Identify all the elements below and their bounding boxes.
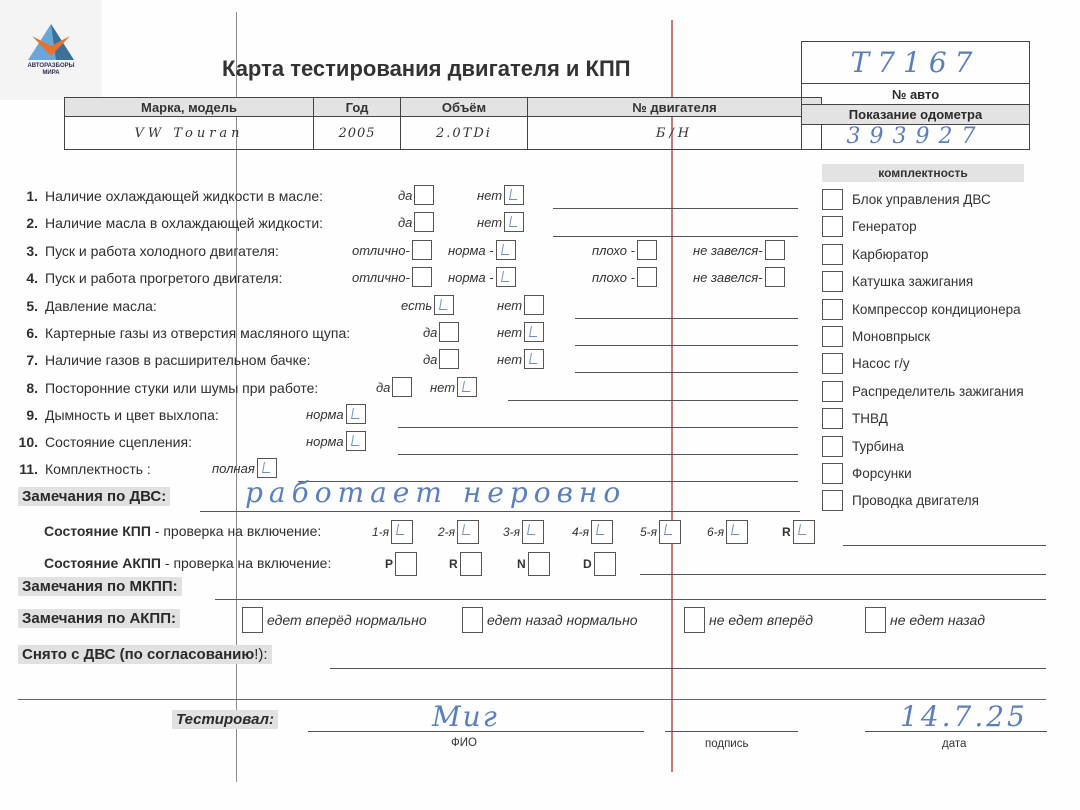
completeness-item-label: Проводка двигателя [852, 493, 979, 508]
logo-text-line2: МИРА [0, 70, 102, 77]
section-divider [18, 699, 1046, 700]
check-2-option[interactable]: да [398, 212, 434, 232]
option-checkbox[interactable] [524, 349, 544, 369]
option-label: плохо - [592, 243, 635, 258]
check-5-notes-line[interactable] [575, 318, 798, 319]
akpp-position-option[interactable]: R [449, 552, 482, 576]
signature-line[interactable] [665, 731, 798, 732]
akpp-state-notes-line[interactable] [640, 574, 1046, 575]
option-checkbox[interactable] [504, 212, 524, 232]
option-label: норма - [448, 270, 494, 285]
position-label: P [385, 557, 393, 571]
option-label: норма - [448, 243, 494, 258]
option-checkbox[interactable] [504, 185, 524, 205]
check-3-option[interactable]: не завелся- [693, 240, 785, 260]
check-1-label: 1.Наличие охлаждающей жидкости в масле: [14, 188, 323, 204]
check-4-option[interactable]: отлично- [352, 267, 432, 287]
kpp-gear-option[interactable]: 5-я [640, 520, 681, 544]
completeness-item-label: Катушка зажигания [852, 274, 973, 289]
check-8-label: 8.Посторонние стуки или шумы при работе: [14, 380, 318, 396]
completeness-item-label: Моновпрыск [852, 329, 930, 344]
check-4-option[interactable]: плохо - [592, 267, 657, 287]
option-checkbox[interactable] [765, 240, 785, 260]
akpp-remark-option[interactable]: не едет вперёд [684, 607, 813, 633]
completeness-item-label: Генератор [852, 219, 917, 234]
check-8-option[interactable]: да [376, 377, 412, 397]
engine-remarks-label: Замечания по ДВС: [18, 487, 170, 506]
position-checkbox[interactable] [395, 552, 417, 576]
completeness-item-label: Турбина [852, 439, 904, 454]
option-checkbox[interactable] [524, 295, 544, 315]
completeness-item[interactable]: Распределитель зажигания [822, 381, 1024, 402]
completeness-checkbox[interactable] [822, 490, 843, 511]
option-checkbox[interactable] [439, 349, 459, 369]
check-3-option[interactable]: отлично- [352, 240, 432, 260]
gear-label: 1-я [372, 525, 389, 539]
check-9-notes-line[interactable] [398, 427, 798, 428]
gear-checkbox[interactable] [522, 520, 544, 544]
check-2-option[interactable]: нет [477, 212, 524, 232]
option-label: да [423, 352, 437, 367]
gear-label: 5-я [640, 525, 657, 539]
col-header-model: Марка, модель [65, 98, 314, 117]
option-label: не завелся- [693, 270, 763, 285]
check-11-label: 11.Комплектность : [14, 461, 151, 477]
model-field[interactable]: VW Touran [65, 117, 314, 150]
auto-number-field[interactable]: T7167 [802, 46, 1029, 79]
option-label: плохо - [592, 270, 635, 285]
check-2-label: 2.Наличие масла в охлаждающей жидкости: [14, 215, 323, 231]
check-5-label: 5.Давление масла: [14, 298, 157, 314]
completeness-item[interactable]: Турбина [822, 436, 904, 457]
gear-label: 4-я [572, 525, 589, 539]
gear-checkbox[interactable] [391, 520, 413, 544]
check-2-notes-line[interactable] [553, 236, 798, 237]
completeness-item[interactable]: Генератор [822, 216, 917, 237]
engine-remarks-line [200, 511, 800, 512]
completeness-checkbox[interactable] [822, 271, 843, 292]
engine-number-field[interactable]: Б/Н [528, 117, 822, 150]
option-checkbox[interactable] [496, 267, 516, 287]
signature-caption: подпись [705, 738, 748, 750]
kpp-gear-option[interactable]: 6-я [707, 520, 748, 544]
completeness-item[interactable]: Форсунки [822, 463, 912, 484]
position-checkbox[interactable] [528, 552, 550, 576]
completeness-checkbox[interactable] [822, 326, 843, 347]
akpp-position-option[interactable]: D [583, 552, 616, 576]
completeness-item-label: Компрессор кондиционера [852, 302, 1021, 317]
completeness-item[interactable]: Блок управления ДВС [822, 189, 991, 210]
gear-checkbox[interactable] [659, 520, 681, 544]
option-label: да [398, 215, 412, 230]
position-label: D [583, 557, 592, 571]
tested-label: Тестировал: [172, 710, 278, 729]
page-title: Карта тестирования двигателя и КПП [222, 56, 631, 82]
option-checkbox[interactable] [496, 240, 516, 260]
option-label: нет [497, 298, 522, 313]
option-label: нет [430, 380, 455, 395]
tester-name-field[interactable]: Миг [432, 700, 499, 733]
col-header-volume: Объём [401, 98, 528, 117]
completeness-item[interactable]: Катушка зажигания [822, 271, 973, 292]
check-4-option[interactable]: не завелся- [693, 267, 785, 287]
option-checkbox[interactable] [257, 458, 277, 478]
option-checkbox[interactable] [637, 240, 657, 260]
completeness-checkbox[interactable] [822, 408, 843, 429]
option-checkbox[interactable] [524, 322, 544, 342]
completeness-item[interactable]: Карбюратор [822, 244, 929, 265]
engine-remarks-field[interactable]: работает неровно [245, 476, 626, 509]
check-1-notes-line[interactable] [553, 208, 798, 209]
kpp-notes-line[interactable] [843, 545, 1046, 546]
option-label: отлично- [352, 243, 410, 258]
check-9-option[interactable]: норма [306, 404, 366, 424]
gear-label: 3-я [503, 525, 520, 539]
col-header-engine-number: № двигателя [528, 98, 822, 117]
check-5-option[interactable]: нет [497, 295, 544, 315]
option-checkbox[interactable] [457, 377, 477, 397]
mkpp-remarks-line[interactable] [215, 599, 1046, 600]
option-label: да [376, 380, 390, 395]
check-10-notes-line[interactable] [398, 454, 798, 455]
option-label: норма [306, 434, 344, 449]
option-checkbox[interactable] [346, 431, 366, 451]
option-label: да [423, 325, 437, 340]
check-6-notes-line[interactable] [575, 345, 798, 346]
completeness-checkbox[interactable] [822, 436, 843, 457]
completeness-item[interactable]: Моновпрыск [822, 326, 930, 347]
kpp-gear-option[interactable]: 1-я [372, 520, 413, 544]
completeness-item-label: Насос г/у [852, 356, 910, 371]
akpp-remark-checkbox[interactable] [242, 607, 263, 633]
completeness-item-label: Распределитель зажигания [852, 384, 1024, 399]
akpp-remark-checkbox[interactable] [865, 607, 886, 633]
check-11-option[interactable]: полная [212, 458, 277, 478]
position-checkbox[interactable] [594, 552, 616, 576]
akpp-remark-label: едет назад нормально [487, 612, 638, 628]
akpp-remarks-label: Замечания по АКПП: [18, 609, 180, 628]
volume-field[interactable]: 2.0TDi [401, 117, 528, 150]
completeness-checkbox[interactable] [822, 216, 843, 237]
akpp-remark-option[interactable]: едет назад нормально [462, 607, 638, 633]
year-field[interactable]: 2005 [314, 117, 401, 150]
completeness-checkbox[interactable] [822, 299, 843, 320]
kpp-label: Состояние КПП - проверка на включение: [44, 523, 321, 539]
gear-label: R [782, 525, 791, 539]
check-8-notes-line[interactable] [508, 400, 798, 401]
akpp-position-option[interactable]: P [385, 552, 417, 576]
completeness-item[interactable]: ТНВД [822, 408, 888, 429]
position-label: N [517, 557, 526, 571]
date-line [865, 731, 1047, 732]
gear-checkbox[interactable] [591, 520, 613, 544]
vehicle-table: Марка, модель Год Объём № двигателя VW T… [64, 97, 822, 150]
odometer-field[interactable]: 393927 [802, 124, 1029, 149]
col-header-year: Год [314, 98, 401, 117]
option-checkbox[interactable] [637, 267, 657, 287]
option-checkbox[interactable] [392, 377, 412, 397]
option-label: есть [401, 298, 432, 313]
option-checkbox[interactable] [412, 267, 432, 287]
logo: АВТОРАЗБОРЫ МИРА [0, 0, 102, 100]
completeness-item-label: Карбюратор [852, 247, 929, 262]
option-checkbox[interactable] [346, 404, 366, 424]
check-4-option[interactable]: норма - [448, 267, 516, 287]
akpp-remark-option[interactable]: не едет назад [865, 607, 985, 633]
akpp-remark-label: не едет назад [890, 612, 985, 628]
option-checkbox[interactable] [414, 212, 434, 232]
check-1-option[interactable]: да [398, 185, 434, 205]
completeness-item-label: Блок управления ДВС [852, 192, 991, 207]
check-3-option[interactable]: плохо - [592, 240, 657, 260]
date-caption: дата [942, 738, 966, 750]
check-10-label: 10.Состояние сцепления: [14, 434, 192, 450]
gear-label: 2-я [438, 525, 455, 539]
completeness-item[interactable]: Насос г/у [822, 353, 910, 374]
option-label: нет [477, 215, 502, 230]
removed-label: Снято с ДВС (по согласованию!): [18, 645, 272, 664]
option-checkbox[interactable] [414, 185, 434, 205]
akpp-remark-checkbox[interactable] [462, 607, 483, 633]
option-label: полная [212, 461, 255, 476]
check-7-option[interactable]: да [423, 349, 459, 369]
akpp-remark-label: едет вперёд нормально [267, 612, 427, 628]
akpp-position-option[interactable]: N [517, 552, 550, 576]
logo-mark-icon [26, 22, 76, 62]
gear-checkbox[interactable] [457, 520, 479, 544]
option-checkbox[interactable] [765, 267, 785, 287]
completeness-checkbox[interactable] [822, 244, 843, 265]
completeness-title: комплектность [822, 164, 1024, 182]
completeness-item[interactable]: Компрессор кондиционера [822, 299, 1021, 320]
option-label: отлично- [352, 270, 410, 285]
akpp-remark-checkbox[interactable] [684, 607, 705, 633]
auto-number-label: № авто [802, 83, 1029, 105]
option-checkbox[interactable] [434, 295, 454, 315]
option-checkbox[interactable] [439, 322, 459, 342]
option-label: нет [477, 188, 502, 203]
completeness-item-label: ТНВД [852, 411, 888, 426]
akpp-state-label: Состояние АКПП - проверка на включение: [44, 555, 331, 571]
option-label: не завелся- [693, 243, 763, 258]
akpp-remark-label: не едет вперёд [709, 612, 813, 628]
check-7-notes-line[interactable] [575, 372, 798, 373]
removed-line[interactable] [330, 668, 1046, 669]
option-label: норма [306, 407, 344, 422]
logo-text-line1: АВТОРАЗБОРЫ [0, 63, 102, 70]
akpp-remark-option[interactable]: едет вперёд нормально [242, 607, 427, 633]
name-caption: ФИО [451, 737, 477, 749]
gear-label: 6-я [707, 525, 724, 539]
completeness-checkbox[interactable] [822, 189, 843, 210]
position-label: R [449, 557, 458, 571]
check-3-option[interactable]: норма - [448, 240, 516, 260]
kpp-gear-option[interactable]: R [782, 520, 815, 544]
position-checkbox[interactable] [460, 552, 482, 576]
option-label: нет [497, 352, 522, 367]
car-info-box: T7167 № авто Показание одометра 393927 [801, 41, 1030, 150]
check-7-label: 7.Наличие газов в расширительном бачке: [14, 352, 311, 368]
check-1-option[interactable]: нет [477, 185, 524, 205]
option-label: да [398, 188, 412, 203]
tester-name-line [308, 731, 644, 732]
check-3-label: 3.Пуск и работа холодного двигателя: [14, 243, 279, 259]
kpp-gear-option[interactable]: 2-я [438, 520, 479, 544]
check-6-label: 6.Картерные газы из отверстия масляного … [14, 325, 350, 341]
check-9-label: 9.Дымность и цвет выхлопа: [14, 407, 219, 423]
option-checkbox[interactable] [412, 240, 432, 260]
check-10-option[interactable]: норма [306, 431, 366, 451]
gear-checkbox[interactable] [726, 520, 748, 544]
completeness-checkbox[interactable] [822, 381, 843, 402]
check-6-option[interactable]: нет [497, 322, 544, 342]
completeness-item[interactable]: Проводка двигателя [822, 490, 979, 511]
check-8-option[interactable]: нет [430, 377, 477, 397]
odometer-label: Показание одометра [802, 104, 1029, 125]
kpp-gear-option[interactable]: 4-я [572, 520, 613, 544]
option-label: нет [497, 325, 522, 340]
check-6-option[interactable]: да [423, 322, 459, 342]
completeness-item-label: Форсунки [852, 466, 912, 481]
check-5-option[interactable]: есть [401, 295, 454, 315]
kpp-gear-option[interactable]: 3-я [503, 520, 544, 544]
completeness-checkbox[interactable] [822, 353, 843, 374]
check-7-option[interactable]: нет [497, 349, 544, 369]
date-field[interactable]: 14.7.25 [900, 700, 1028, 733]
gear-checkbox[interactable] [793, 520, 815, 544]
completeness-checkbox[interactable] [822, 463, 843, 484]
check-4-label: 4.Пуск и работа прогретого двигателя: [14, 270, 282, 286]
mkpp-remarks-label: Замечания по МКПП: [18, 577, 182, 596]
